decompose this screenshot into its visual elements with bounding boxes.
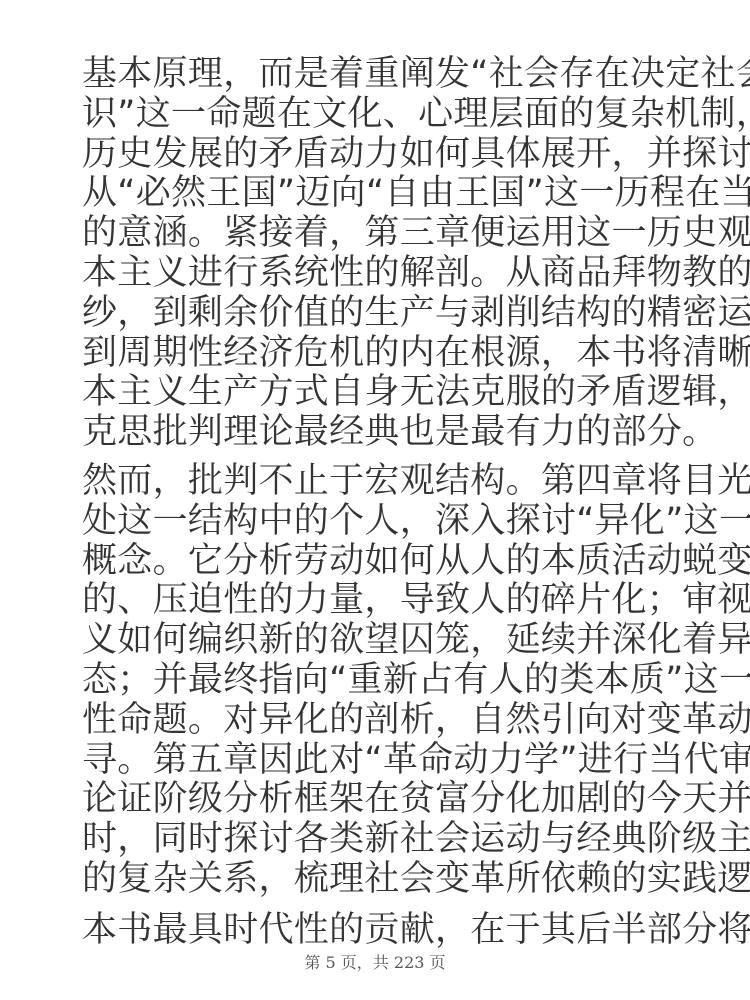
text-line: 克思批判理论最经典也是最有力的部分。 xyxy=(82,413,672,453)
text-line: 义如何编织新的欲望囚笼，延续并深化着异化状 xyxy=(82,621,672,661)
text-line: 的复杂关系，梳理社会变革所依赖的实践逻辑。 xyxy=(82,860,672,900)
text-line: 本主义生产方式自身无法克服的矛盾逻辑，这是马 xyxy=(82,373,672,413)
text-line: 历史发展的矛盾动力如何具体展开，并探讨人类 xyxy=(82,135,672,175)
page-number-footer: 第 5 页，共 223 页 xyxy=(0,950,750,973)
text-line: 纱，到剩余价值的生产与剥削结构的精密运作，再 xyxy=(82,294,672,334)
text-line: 到周期性经济危机的内在根源，本书将清晰呈现资 xyxy=(82,334,672,374)
paragraph-2: 然而，批判不止于宏观结构。第四章将目光转向身 处这一结构中的个人，深入探讨“异化… xyxy=(82,462,672,900)
paragraph-1: 基本原理，而是着重阐发“社会存在决定社会意 识”这一命题在文化、心理层面的复杂机… xyxy=(82,55,672,453)
text-line: 性命题。对异化的剖析，自然引向对变革动力的追 xyxy=(82,701,672,741)
text-line: 的意涵。紧接着，第三章便运用这一历史观，对资 xyxy=(82,214,672,254)
text-line: 识”这一命题在文化、心理层面的复杂机制，剖析 xyxy=(82,95,672,135)
text-line: 基本原理，而是着重阐发“社会存在决定社会意 xyxy=(82,55,672,95)
text-line: 然而，批判不止于宏观结构。第四章将目光转向身 xyxy=(82,462,672,502)
text-line: 本主义进行系统性的解剖。从商品拜物教的神秘面 xyxy=(82,254,672,294)
text-line: 时，同时探讨各类新社会运动与经典阶级主体之间 xyxy=(82,820,672,860)
text-line: 论证阶级分析框架在贫富分化加剧的今天并未过 xyxy=(82,780,672,820)
text-line: 本书最具时代性的贡献，在于其后半部分将马克思 xyxy=(82,911,672,951)
text-line: 处这一结构中的个人，深入探讨“异化”这一核心 xyxy=(82,502,672,542)
text-line: 从“必然王国”迈向“自由王国”这一历程在当代 xyxy=(82,174,672,214)
text-line: 态；并最终指向“重新占有人的类本质”这一解放 xyxy=(82,661,672,701)
paragraph-3: 本书最具时代性的贡献，在于其后半部分将马克思 xyxy=(82,911,672,951)
text-line: 的、压迫性的力量，导致人的碎片化；审视消费主 xyxy=(82,581,672,621)
text-line: 寻。第五章因此对“革命动力学”进行当代审视， xyxy=(82,741,672,781)
text-line: 概念。它分析劳动如何从人的本质活动蜕变为外在 xyxy=(82,542,672,582)
